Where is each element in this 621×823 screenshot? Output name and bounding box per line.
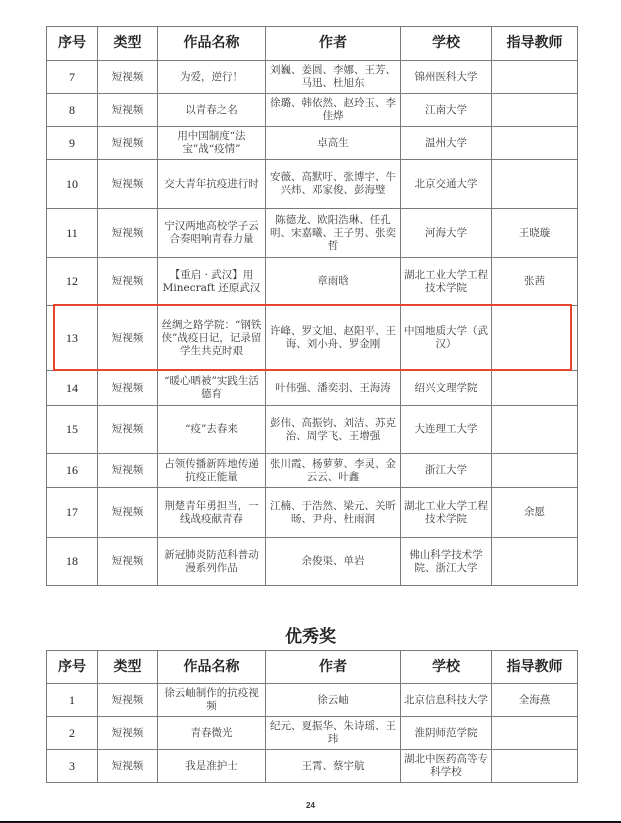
- table-row-highlighted: 13短视频丝绸之路学院：“钢铁侠”战疫日记，记录留学生共克时艰许峰、罗文旭、赵阳…: [47, 306, 578, 371]
- cell-type: 短视频: [98, 488, 158, 538]
- section-title-excellent: 优秀奖: [0, 622, 621, 647]
- cell-authors: 刘巍、姜圆、李娜、王芳、马迅、杜旭东: [266, 61, 401, 94]
- cell-no: 1: [47, 684, 98, 717]
- table-row: 14短视频“暖心晒被”实践生活德育叶伟强、潘奕羽、王海涛绍兴文理学院: [47, 371, 578, 406]
- award-table-main: 序号 类型 作品名称 作者 学校 指导教师 7短视频为爱，逆行！刘巍、姜圆、李娜…: [46, 26, 578, 586]
- table-body: 1短视频徐云岫制作的抗疫视频徐云岫北京信息科技大学全海燕2短视频青春微光纪元、夏…: [47, 684, 578, 783]
- header-title: 作品名称: [158, 27, 266, 61]
- cell-no: 17: [47, 488, 98, 538]
- cell-advisor: [492, 750, 578, 783]
- cell-authors: 徐云岫: [266, 684, 401, 717]
- cell-authors: 王霄、蔡宇航: [266, 750, 401, 783]
- cell-title: 丝绸之路学院：“钢铁侠”战疫日记，记录留学生共克时艰: [158, 306, 266, 371]
- cell-title: “疫”去春来: [158, 406, 266, 454]
- cell-no: 15: [47, 406, 98, 454]
- header-authors: 作者: [266, 27, 401, 61]
- cell-type: 短视频: [98, 61, 158, 94]
- cell-school: 锦州医科大学: [401, 61, 492, 94]
- header-advisor: 指导教师: [492, 651, 578, 684]
- cell-type: 短视频: [98, 538, 158, 586]
- table-header-row: 序号 类型 作品名称 作者 学校 指导教师: [47, 27, 578, 61]
- table-row: 16短视频占领传播新阵地传递抗疫正能量张川霞、杨萝萝、李灵、金云云、叶鑫浙江大学: [47, 454, 578, 488]
- cell-advisor: [492, 160, 578, 209]
- cell-title: 用中国制度“法宝”战“疫情”: [158, 127, 266, 160]
- cell-advisor: [492, 61, 578, 94]
- cell-advisor: 王晓璇: [492, 209, 578, 258]
- header-type: 类型: [98, 27, 158, 61]
- cell-title: 宁汉两地高校学子云合奏唱响青春力量: [158, 209, 266, 258]
- cell-authors: 余俊渠、单岩: [266, 538, 401, 586]
- cell-advisor: [492, 94, 578, 127]
- cell-authors: 彭伟、高振钧、刘洁、苏克治、周学飞、王增强: [266, 406, 401, 454]
- cell-type: 短视频: [98, 454, 158, 488]
- cell-type: 短视频: [98, 160, 158, 209]
- header-advisor: 指导教师: [492, 27, 578, 61]
- cell-title: “暖心晒被”实践生活德育: [158, 371, 266, 406]
- cell-type: 短视频: [98, 127, 158, 160]
- cell-no: 9: [47, 127, 98, 160]
- cell-authors: 安薇、高默吁、张博宇、牛兴炜、邓家俊、彭海璧: [266, 160, 401, 209]
- header-no: 序号: [47, 651, 98, 684]
- cell-title: 青春微光: [158, 717, 266, 750]
- award-table-excellent: 序号 类型 作品名称 作者 学校 指导教师 1短视频徐云岫制作的抗疫视频徐云岫北…: [46, 650, 578, 783]
- cell-no: 7: [47, 61, 98, 94]
- table-row: 8短视频以青春之名徐璐、韩依然、赵玲玉、李佳烨江南大学: [47, 94, 578, 127]
- cell-type: 短视频: [98, 750, 158, 783]
- cell-school: 北京交通大学: [401, 160, 492, 209]
- table-row: 18短视频新冠肺炎防范科普动漫系列作品余俊渠、单岩佛山科学技术学院、浙江大学: [47, 538, 578, 586]
- cell-title: 新冠肺炎防范科普动漫系列作品: [158, 538, 266, 586]
- cell-title: 以青春之名: [158, 94, 266, 127]
- table-row: 9短视频用中国制度“法宝”战“疫情”卓高生温州大学: [47, 127, 578, 160]
- cell-no: 18: [47, 538, 98, 586]
- cell-school: 河海大学: [401, 209, 492, 258]
- table-row: 10短视频交大青年抗疫进行时安薇、高默吁、张博宇、牛兴炜、邓家俊、彭海璧北京交通…: [47, 160, 578, 209]
- table-row: 3短视频我是准护士王霄、蔡宇航湖北中医药高等专科学校: [47, 750, 578, 783]
- cell-title: 徐云岫制作的抗疫视频: [158, 684, 266, 717]
- cell-type: 短视频: [98, 258, 158, 306]
- cell-advisor: [492, 717, 578, 750]
- cell-school: 大连理工大学: [401, 406, 492, 454]
- table-body: 7短视频为爱，逆行！刘巍、姜圆、李娜、王芳、马迅、杜旭东锦州医科大学8短视频以青…: [47, 61, 578, 586]
- cell-authors: 徐璐、韩依然、赵玲玉、李佳烨: [266, 94, 401, 127]
- cell-type: 短视频: [98, 94, 158, 127]
- table-row: 15短视频“疫”去春来彭伟、高振钧、刘洁、苏克治、周学飞、王增强大连理工大学: [47, 406, 578, 454]
- cell-school: 浙江大学: [401, 454, 492, 488]
- cell-authors: 张川霞、杨萝萝、李灵、金云云、叶鑫: [266, 454, 401, 488]
- cell-school: 湖北中医药高等专科学校: [401, 750, 492, 783]
- table-row: 1短视频徐云岫制作的抗疫视频徐云岫北京信息科技大学全海燕: [47, 684, 578, 717]
- cell-title: 我是准护士: [158, 750, 266, 783]
- cell-authors: 许峰、罗文旭、赵阳平、王诲、刘小舟、罗金刚: [266, 306, 401, 371]
- cell-advisor: [492, 371, 578, 406]
- cell-authors: 江楠、于浩然、梁元、关昕旸、尹舟、杜雨润: [266, 488, 401, 538]
- cell-no: 16: [47, 454, 98, 488]
- cell-type: 短视频: [98, 684, 158, 717]
- cell-authors: 纪元、夏振华、朱诗瑶、王玮: [266, 717, 401, 750]
- header-school: 学校: [401, 651, 492, 684]
- cell-advisor: [492, 127, 578, 160]
- cell-title: 【重启 · 武汉】用 Minecraft 还原武汉: [158, 258, 266, 306]
- cell-title: 荆楚青年勇担当，一线战疫献青春: [158, 488, 266, 538]
- header-type: 类型: [98, 651, 158, 684]
- header-school: 学校: [401, 27, 492, 61]
- cell-school: 淮阴师范学院: [401, 717, 492, 750]
- cell-advisor: 余愿: [492, 488, 578, 538]
- cell-no: 12: [47, 258, 98, 306]
- cell-title: 为爱，逆行！: [158, 61, 266, 94]
- cell-no: 2: [47, 717, 98, 750]
- cell-authors: 陈德龙、欧阳浩琳、任孔明、宋嘉曦、王子男、张奕哲: [266, 209, 401, 258]
- cell-type: 短视频: [98, 717, 158, 750]
- cell-no: 3: [47, 750, 98, 783]
- header-no: 序号: [47, 27, 98, 61]
- cell-school: 湖北工业大学工程技术学院: [401, 258, 492, 306]
- cell-advisor: [492, 406, 578, 454]
- cell-authors: 叶伟强、潘奕羽、王海涛: [266, 371, 401, 406]
- cell-school: 中国地质大学（武汉）: [401, 306, 492, 371]
- cell-advisor: [492, 538, 578, 586]
- cell-no: 8: [47, 94, 98, 127]
- cell-school: 江南大学: [401, 94, 492, 127]
- table-row: 2短视频青春微光纪元、夏振华、朱诗瑶、王玮淮阴师范学院: [47, 717, 578, 750]
- cell-type: 短视频: [98, 209, 158, 258]
- cell-type: 短视频: [98, 406, 158, 454]
- table-row: 11短视频宁汉两地高校学子云合奏唱响青春力量陈德龙、欧阳浩琳、任孔明、宋嘉曦、王…: [47, 209, 578, 258]
- cell-advisor: 张茜: [492, 258, 578, 306]
- cell-school: 温州大学: [401, 127, 492, 160]
- cell-school: 佛山科学技术学院、浙江大学: [401, 538, 492, 586]
- page-number: 24: [0, 801, 621, 810]
- table-row: 12短视频【重启 · 武汉】用 Minecraft 还原武汉章雨晗湖北工业大学工…: [47, 258, 578, 306]
- table-header-row: 序号 类型 作品名称 作者 学校 指导教师: [47, 651, 578, 684]
- table-row: 17短视频荆楚青年勇担当，一线战疫献青春江楠、于浩然、梁元、关昕旸、尹舟、杜雨润…: [47, 488, 578, 538]
- cell-title: 占领传播新阵地传递抗疫正能量: [158, 454, 266, 488]
- cell-no: 10: [47, 160, 98, 209]
- table-row: 7短视频为爱，逆行！刘巍、姜圆、李娜、王芳、马迅、杜旭东锦州医科大学: [47, 61, 578, 94]
- cell-school: 湖北工业大学工程技术学院: [401, 488, 492, 538]
- header-authors: 作者: [266, 651, 401, 684]
- cell-advisor: [492, 306, 578, 371]
- cell-advisor: [492, 454, 578, 488]
- cell-school: 北京信息科技大学: [401, 684, 492, 717]
- header-title: 作品名称: [158, 651, 266, 684]
- cell-no: 13: [47, 306, 98, 371]
- cell-type: 短视频: [98, 306, 158, 371]
- cell-title: 交大青年抗疫进行时: [158, 160, 266, 209]
- cell-school: 绍兴文理学院: [401, 371, 492, 406]
- cell-no: 11: [47, 209, 98, 258]
- cell-authors: 卓高生: [266, 127, 401, 160]
- cell-advisor: 全海燕: [492, 684, 578, 717]
- cell-authors: 章雨晗: [266, 258, 401, 306]
- cell-type: 短视频: [98, 371, 158, 406]
- cell-no: 14: [47, 371, 98, 406]
